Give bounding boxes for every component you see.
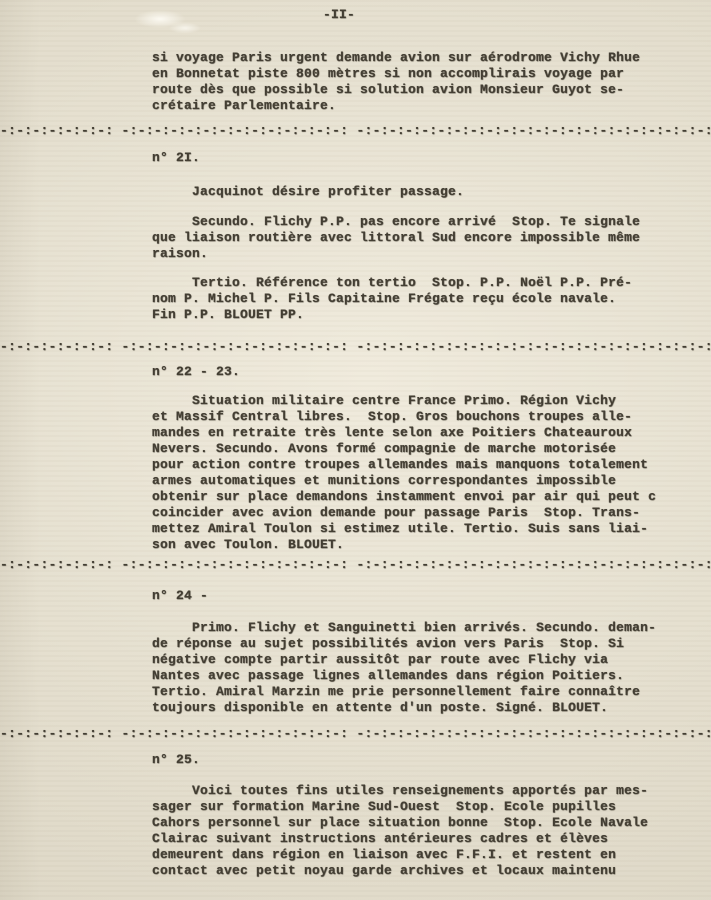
paragraph-21-tertio: Tertio. Référence ton tertio Stop. P.P. …: [152, 275, 674, 323]
section-heading-21: n° 2I.: [152, 150, 200, 166]
page-number: -II-: [323, 7, 355, 23]
section-heading-22-23: n° 22 - 23.: [152, 364, 240, 380]
section-heading-25: n° 25.: [152, 752, 200, 768]
paragraph-continuation: si voyage Paris urgent demande avion sur…: [152, 50, 674, 114]
paragraph-24: Primo. Flichy et Sanguinetti bien arrivé…: [152, 620, 674, 716]
section-divider: -:-:-:-:-:-:-: -:-:-:-:-:-:-:-:-:-:-:-:-…: [0, 726, 711, 742]
paragraph-22-23: Situation militaire centre France Primo.…: [152, 393, 674, 553]
paragraph-21-primo: Jacquinot désire profiter passage.: [152, 184, 674, 200]
section-divider: -:-:-:-:-:-:-: -:-:-:-:-:-:-:-:-:-:-:-:-…: [0, 557, 711, 573]
paragraph-21-secundo: Secundo. Flichy P.P. pas encore arrivé S…: [152, 214, 674, 262]
paragraph-25: Voici toutes fins utiles renseignements …: [152, 783, 674, 879]
section-divider: -:-:-:-:-:-:-: -:-:-:-:-:-:-:-:-:-:-:-:-…: [0, 339, 711, 355]
scanned-document-page: -II- si voyage Paris urgent demande avio…: [0, 0, 711, 900]
section-heading-24: n° 24 -: [152, 588, 208, 604]
section-divider: -:-:-:-:-:-:-: -:-:-:-:-:-:-:-:-:-:-:-:-…: [0, 123, 711, 139]
